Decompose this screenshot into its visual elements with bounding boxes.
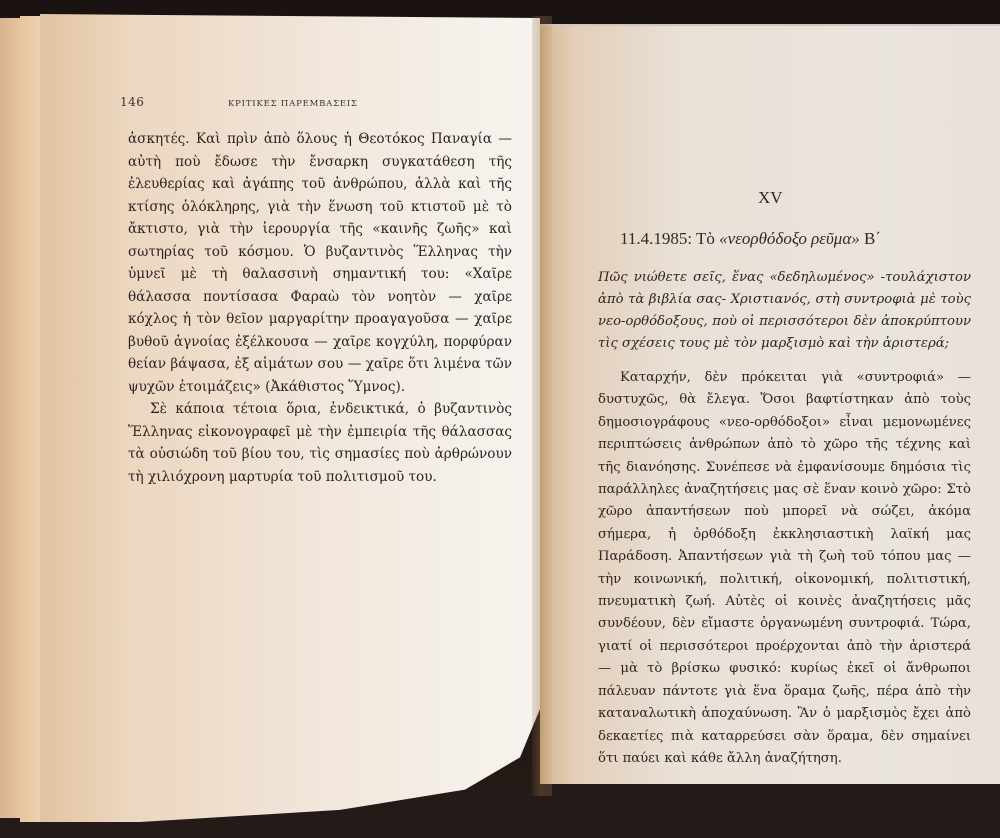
left-page-body: ἀσκητές. Καὶ πρὶν ἀπὸ ὅλους ἡ Θεοτόκος Π… <box>128 128 512 488</box>
book-gutter <box>532 16 552 796</box>
chapter-title-part: Β΄ <box>860 229 881 248</box>
chapter-title-italic: «νεορθόδοξο ρεῦμα» <box>719 229 860 248</box>
paragraph: Σὲ κάποια τέτοια ὅρια, ἐνδεικτικά, ὁ βυζ… <box>128 398 512 488</box>
interview-question: Πῶς νιώθετε σεῖς, ἕνας «δεδηλωμένος» -το… <box>598 267 971 355</box>
chapter-number: XV <box>758 188 783 208</box>
interview-answer: Καταρχήν, δὲν πρόκειται γιὰ «συντροφιά» … <box>598 367 971 770</box>
running-head: ΚΡΙΤΙΚΕΣ ΠΑΡΕΜΒΑΣΕΙΣ <box>228 99 358 109</box>
chapter-title-date: 11.4.1985: Τὸ <box>620 229 719 248</box>
paragraph: ἀσκητές. Καὶ πρὶν ἀπὸ ὅλους ἡ Θεοτόκος Π… <box>128 128 512 398</box>
page-number: 146 <box>120 95 144 109</box>
chapter-title: 11.4.1985: Τὸ «νεορθόδοξο ρεῦμα» Β΄ <box>620 229 881 249</box>
